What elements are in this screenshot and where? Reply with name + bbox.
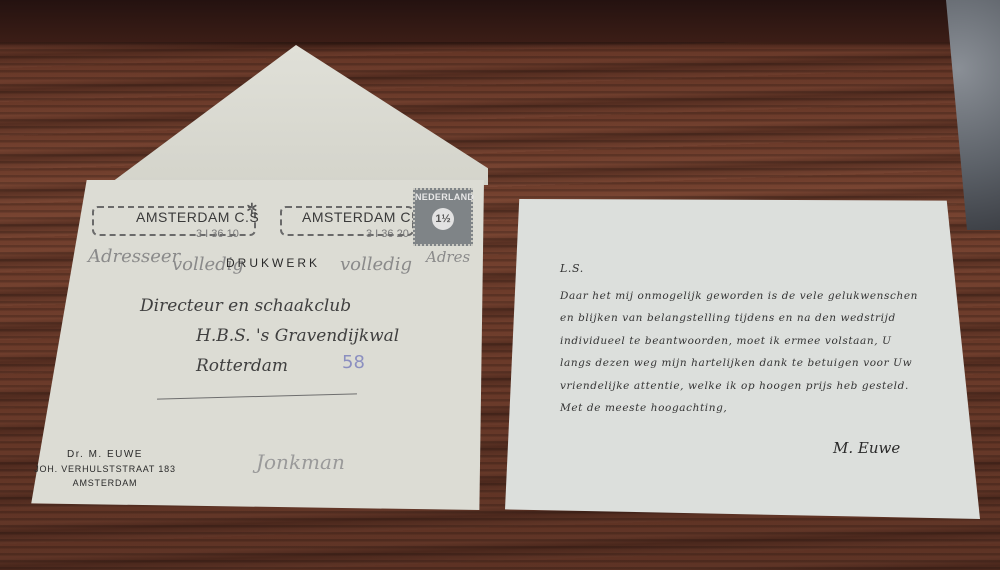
postmark-city-2: AMSTERDAM C.S <box>302 209 425 225</box>
card-signature: M. Euwe <box>833 439 900 457</box>
postage-stamp: NEDERLAND 1½ <box>413 188 473 246</box>
card-body-line: individueel te beantwoorden, moet ik erm… <box>560 330 930 353</box>
postmark-date-1: 3 I 36 10 <box>196 228 239 240</box>
card-body-line: en blijken van belangstelling tijdens en… <box>560 307 930 330</box>
table-edge <box>0 0 950 42</box>
address-line-2: H.B.S. 's Gravendijkwal <box>196 326 399 346</box>
card-body-line: vriendelijke attentie, welke ik op hooge… <box>560 375 930 398</box>
address-line-1: Directeur en schaakclub <box>140 296 351 316</box>
sender-name: Dr. M. EUWE <box>50 448 160 462</box>
sender-block: Dr. M. EUWE JOH. VERHULSTSTRAAT 183 AMST… <box>50 448 160 490</box>
drukwerk-mark: DRUKWERK <box>226 256 320 270</box>
card-greeting: L.S. <box>560 258 930 281</box>
card-closing: Met de meeste hoogachting, <box>560 397 930 420</box>
postmark-slogan-3: volledig <box>340 254 412 275</box>
pencil-signature: Jonkman <box>256 450 345 474</box>
star-icon: ✲ <box>246 200 258 217</box>
card-text: L.S. Daar het mij onmogelijk geworden is… <box>560 258 930 420</box>
postmark-city-1: AMSTERDAM C.S <box>136 209 259 225</box>
card-body-line: Daar het mij onmogelijk geworden is de v… <box>560 285 930 308</box>
pencil-number: 58 <box>342 352 365 373</box>
sender-street: JOH. VERHULSTSTRAAT 183 <box>30 462 180 476</box>
stamp-country: NEDERLAND <box>415 192 471 202</box>
stamp-value: 1½ <box>432 208 454 230</box>
postmark-slogan-4: Adres <box>426 248 470 266</box>
address-line-3: Rotterdam <box>196 356 288 376</box>
card-body-line: langs dezen weg mijn hartelijken dank te… <box>560 352 930 375</box>
postmark-slogan-1: Adresseer <box>88 246 180 267</box>
sender-city: AMSTERDAM <box>50 476 160 490</box>
postmark-date-2: 3 I 36 20 <box>366 228 409 240</box>
